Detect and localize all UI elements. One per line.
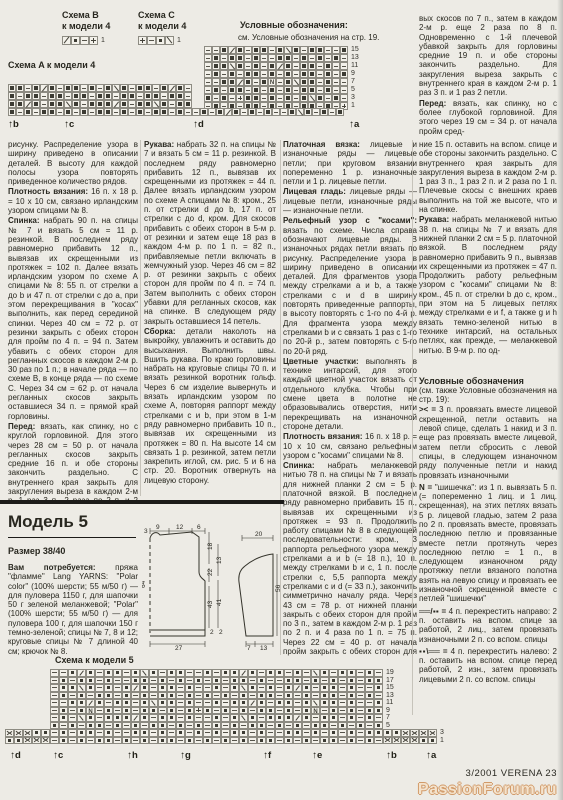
knit-cell bbox=[320, 669, 329, 677]
knit-cell bbox=[347, 714, 356, 722]
knit-cell bbox=[324, 46, 332, 54]
knit-cell bbox=[185, 737, 194, 745]
knit-cell bbox=[96, 100, 104, 108]
knit-cell bbox=[86, 669, 95, 677]
knit-cell bbox=[252, 70, 260, 78]
knit-cell bbox=[168, 108, 176, 116]
knit-cell bbox=[144, 84, 152, 92]
knit-cell bbox=[338, 729, 347, 737]
knit-cell bbox=[356, 677, 365, 685]
knit-cell bbox=[147, 36, 156, 45]
knit-cell bbox=[32, 737, 41, 745]
knit-cell bbox=[230, 677, 239, 685]
knit-cell bbox=[176, 737, 185, 745]
knit-cell bbox=[320, 684, 329, 692]
knit-cell bbox=[136, 108, 144, 116]
paragraph: Спинка: набрать 90 п. на спицы № 7 и вяз… bbox=[8, 216, 138, 421]
knit-cell bbox=[275, 669, 284, 677]
knit-cell bbox=[185, 692, 194, 700]
knit-cell bbox=[221, 722, 230, 730]
knit-cell bbox=[329, 707, 338, 715]
model5-size: Размер 38/40 bbox=[8, 546, 138, 556]
knit-cell bbox=[239, 707, 248, 715]
knit-cell bbox=[158, 692, 167, 700]
knit-cell bbox=[221, 677, 230, 685]
knit-cell bbox=[86, 737, 95, 745]
knit-cell bbox=[332, 94, 340, 102]
knit-cell bbox=[16, 108, 24, 116]
knit-cell bbox=[167, 677, 176, 685]
knit-cell bbox=[140, 692, 149, 700]
knit-cell bbox=[41, 729, 50, 737]
knit-cell bbox=[320, 677, 329, 685]
knit-cell bbox=[131, 707, 140, 715]
knit-cell bbox=[167, 669, 176, 677]
knit-cell bbox=[228, 46, 236, 54]
knit-cell bbox=[122, 737, 131, 745]
up-arrow-icon: ↑ bbox=[10, 750, 15, 761]
knit-cell bbox=[300, 46, 308, 54]
knit-cell bbox=[59, 729, 68, 737]
knit-cell bbox=[212, 729, 221, 737]
knit-cell bbox=[212, 677, 221, 685]
knit-cell bbox=[308, 78, 316, 86]
knit-cell bbox=[239, 684, 248, 692]
knit-cell bbox=[203, 684, 212, 692]
knit-cell bbox=[77, 699, 86, 707]
chart-arrow-f: ↑f bbox=[263, 750, 271, 761]
knit-cell bbox=[131, 692, 140, 700]
knit-cell bbox=[50, 684, 59, 692]
knit-cell bbox=[62, 36, 71, 45]
knit-cell bbox=[236, 94, 244, 102]
knit-cell bbox=[268, 62, 276, 70]
knit-cell bbox=[293, 722, 302, 730]
paragraph: Цветные участки: выполнять в технике инт… bbox=[283, 357, 417, 431]
knit-cell bbox=[300, 70, 308, 78]
knit-cell bbox=[56, 84, 64, 92]
knit-cell bbox=[230, 669, 239, 677]
row-number-label: 7 bbox=[351, 78, 355, 86]
knit-cell bbox=[32, 84, 40, 92]
knit-cell bbox=[257, 714, 266, 722]
knit-cell bbox=[228, 86, 236, 94]
knit-cell bbox=[276, 78, 284, 86]
knit-cell bbox=[185, 722, 194, 730]
knit-cell bbox=[149, 699, 158, 707]
scheme-c-title-line2: к модели 4 bbox=[138, 21, 186, 32]
knit-cell bbox=[275, 737, 284, 745]
knit-cell bbox=[244, 62, 252, 70]
row-number-label: 19 bbox=[386, 669, 394, 677]
row-number-label: 7 bbox=[386, 714, 390, 722]
knit-cell bbox=[113, 707, 122, 715]
knit-cell bbox=[72, 100, 80, 108]
row-number-label: 13 bbox=[351, 54, 359, 62]
knit-cell bbox=[185, 669, 194, 677]
knit-cell bbox=[266, 707, 275, 715]
chart-row: 9 bbox=[204, 70, 359, 78]
knit-cell bbox=[392, 737, 401, 745]
knit-cell bbox=[152, 108, 160, 116]
measurement-label: 2 bbox=[219, 629, 223, 636]
paragraph: Спинка: набрать меланжевой нитью 78 п. н… bbox=[283, 461, 417, 658]
paragraph: Сборка: детали наколоть на выкройку, увл… bbox=[144, 327, 276, 485]
chart-legend-model4: 15131197531 bbox=[204, 46, 359, 110]
knit-cell bbox=[248, 699, 257, 707]
knit-cell bbox=[59, 684, 68, 692]
knit-cell bbox=[332, 78, 340, 86]
knit-cell bbox=[86, 729, 95, 737]
chart-arrow-a: ↑a bbox=[349, 119, 359, 130]
knit-cell bbox=[300, 78, 308, 86]
knit-cell bbox=[77, 677, 86, 685]
knit-cell bbox=[8, 100, 16, 108]
knit-cell bbox=[365, 737, 374, 745]
knit-cell bbox=[194, 714, 203, 722]
knit-cell bbox=[374, 714, 383, 722]
knit-cell bbox=[356, 714, 365, 722]
knit-cell bbox=[160, 108, 168, 116]
knit-cell bbox=[212, 692, 221, 700]
chart-row: 15 bbox=[204, 46, 359, 54]
knit-cell bbox=[338, 699, 347, 707]
knit-cell bbox=[260, 86, 268, 94]
knit-cell bbox=[311, 699, 320, 707]
knit-cell bbox=[220, 62, 228, 70]
legend-header-title: Условные обозначения: bbox=[240, 20, 348, 30]
knit-cell bbox=[165, 36, 174, 45]
knit-cell bbox=[292, 54, 300, 62]
knit-cell bbox=[104, 692, 113, 700]
knit-cell bbox=[316, 94, 324, 102]
knit-cell bbox=[220, 94, 228, 102]
scheme-b-title: Схема B к модели 4 bbox=[62, 10, 110, 31]
knit-cell bbox=[257, 692, 266, 700]
knit-cell bbox=[96, 84, 104, 92]
legend-model5-subtitle: (см. также Условные обозначения на стр. … bbox=[419, 386, 557, 405]
knit-cell bbox=[419, 729, 428, 737]
knit-cell bbox=[340, 62, 348, 70]
knit-cell bbox=[329, 722, 338, 730]
knit-cell bbox=[8, 108, 16, 116]
knit-cell bbox=[230, 692, 239, 700]
knit-cell bbox=[365, 722, 374, 730]
chart-row: 7 bbox=[5, 714, 444, 722]
knit-cell bbox=[292, 62, 300, 70]
knit-cell bbox=[308, 70, 316, 78]
knit-cell bbox=[122, 677, 131, 685]
knit-cell bbox=[284, 737, 293, 745]
knit-cell bbox=[112, 84, 120, 92]
knit-cell bbox=[176, 100, 184, 108]
chart-row bbox=[8, 100, 192, 108]
knit-cell bbox=[128, 100, 136, 108]
knit-cell bbox=[212, 86, 220, 94]
knit-cell bbox=[293, 737, 302, 745]
knit-cell bbox=[149, 684, 158, 692]
knit-cell bbox=[374, 722, 383, 730]
knit-cell bbox=[340, 70, 348, 78]
knit-cell bbox=[212, 62, 220, 70]
knit-cell bbox=[230, 729, 239, 737]
knit-cell bbox=[347, 684, 356, 692]
knit-cell bbox=[328, 108, 336, 116]
knit-cell bbox=[308, 62, 316, 70]
knit-cell bbox=[95, 729, 104, 737]
knit-cell bbox=[131, 737, 140, 745]
knit-cell bbox=[248, 714, 257, 722]
measurement-label: 64 bbox=[142, 580, 147, 588]
knit-cell bbox=[221, 669, 230, 677]
knit-cell bbox=[131, 684, 140, 692]
knit-cell bbox=[203, 699, 212, 707]
knit-cell bbox=[288, 108, 296, 116]
knit-cell bbox=[347, 707, 356, 715]
knit-cell bbox=[167, 707, 176, 715]
knit-cell bbox=[144, 92, 152, 100]
knit-cell bbox=[302, 699, 311, 707]
knit-cell bbox=[56, 108, 64, 116]
knit-cell bbox=[194, 677, 203, 685]
knit-cell bbox=[64, 108, 72, 116]
knit-cell bbox=[284, 699, 293, 707]
knit-cell bbox=[113, 722, 122, 730]
knit-cell bbox=[203, 677, 212, 685]
row-number-label: 3 bbox=[351, 94, 355, 102]
knit-cell bbox=[185, 714, 194, 722]
knit-cell bbox=[112, 100, 120, 108]
knit-cell bbox=[224, 108, 232, 116]
knit-cell bbox=[136, 100, 144, 108]
knit-cell bbox=[356, 722, 365, 730]
knit-cell bbox=[266, 722, 275, 730]
knit-cell bbox=[59, 677, 68, 685]
knit-cell bbox=[356, 699, 365, 707]
knit-cell bbox=[59, 699, 68, 707]
knit-cell bbox=[168, 84, 176, 92]
knit-cell bbox=[160, 92, 168, 100]
measurement-label: 12 bbox=[176, 524, 184, 531]
knit-cell bbox=[167, 692, 176, 700]
section-divider-bar bbox=[0, 500, 284, 504]
knit-cell bbox=[365, 669, 374, 677]
scheme-a-title: Схема A к модели 4 bbox=[8, 60, 95, 71]
knit-cell bbox=[149, 729, 158, 737]
knit-cell bbox=[221, 684, 230, 692]
knit-cell bbox=[77, 729, 86, 737]
knit-cell bbox=[86, 699, 95, 707]
knit-cell bbox=[16, 92, 24, 100]
chart-arrow-h: ↑h bbox=[127, 750, 138, 761]
knit-cell bbox=[50, 737, 59, 745]
knit-cell bbox=[158, 699, 167, 707]
knit-cell bbox=[112, 108, 120, 116]
row-number-label: 5 bbox=[386, 722, 390, 730]
knit-cell bbox=[131, 714, 140, 722]
knit-cell bbox=[48, 92, 56, 100]
knit-cell bbox=[284, 54, 292, 62]
knit-cell bbox=[347, 729, 356, 737]
knit-cell bbox=[244, 78, 252, 86]
knit-cell bbox=[221, 699, 230, 707]
knit-cell bbox=[32, 100, 40, 108]
knit-cell bbox=[308, 94, 316, 102]
knit-cell bbox=[24, 92, 32, 100]
knit-cell bbox=[131, 699, 140, 707]
knit-cell bbox=[239, 669, 248, 677]
knit-cell bbox=[104, 729, 113, 737]
knit-cell bbox=[275, 692, 284, 700]
knit-cell bbox=[284, 692, 293, 700]
knit-cell bbox=[185, 707, 194, 715]
knit-cell bbox=[176, 92, 184, 100]
measurement-label: 18 bbox=[207, 542, 214, 550]
knit-cell bbox=[293, 684, 302, 692]
knit-cell bbox=[338, 684, 347, 692]
knit-cell bbox=[113, 677, 122, 685]
knit-cell bbox=[302, 722, 311, 730]
up-arrow-icon: ↑ bbox=[180, 750, 185, 761]
knit-cell bbox=[383, 737, 392, 745]
knit-cell bbox=[80, 92, 88, 100]
knit-cell bbox=[374, 707, 383, 715]
legend-symbol: N = bbox=[419, 483, 435, 492]
knit-cell bbox=[401, 729, 410, 737]
knit-cell bbox=[284, 78, 292, 86]
knit-cell bbox=[194, 684, 203, 692]
knit-cell bbox=[374, 729, 383, 737]
knit-cell bbox=[122, 699, 131, 707]
knit-cell bbox=[292, 46, 300, 54]
knit-cell bbox=[239, 714, 248, 722]
knit-cell bbox=[203, 692, 212, 700]
knit-cell bbox=[304, 108, 312, 116]
knit-cell bbox=[216, 108, 224, 116]
knit-cell bbox=[158, 684, 167, 692]
knit-cell bbox=[184, 100, 192, 108]
knit-cell bbox=[257, 737, 266, 745]
knit-cell bbox=[338, 722, 347, 730]
row-number-label: 15 bbox=[351, 46, 359, 54]
knit-cell bbox=[221, 692, 230, 700]
knit-cell bbox=[80, 36, 89, 45]
legend-header-subtitle: см. Условные обозначения на стр. 19. bbox=[238, 33, 379, 42]
knit-cell bbox=[221, 737, 230, 745]
knit-cell bbox=[140, 722, 149, 730]
knit-cell bbox=[176, 699, 185, 707]
knit-cell bbox=[122, 707, 131, 715]
knit-cell bbox=[176, 729, 185, 737]
knit-cell bbox=[332, 62, 340, 70]
knit-cell bbox=[275, 699, 284, 707]
knit-cell bbox=[112, 92, 120, 100]
knit-cell bbox=[104, 699, 113, 707]
knit-cell bbox=[365, 707, 374, 715]
knit-cell bbox=[113, 669, 122, 677]
legend-item: >< = 3 п. провязать вместе лицевой скрещ… bbox=[419, 405, 557, 479]
legend-model5-subtitle-wrap: (см. также Условные обозначения на стр. … bbox=[419, 386, 557, 406]
knit-cell bbox=[311, 707, 320, 715]
paragraph: ние 15 п. оставить на вспом. спице и обе… bbox=[419, 140, 557, 214]
knit-cell bbox=[59, 737, 68, 745]
knit-cell bbox=[64, 92, 72, 100]
legend-model5-items: >< = 3 п. провязать вместе лицевой скрещ… bbox=[419, 405, 557, 687]
knit-cell bbox=[236, 46, 244, 54]
knit-cell bbox=[95, 707, 104, 715]
knit-cell bbox=[329, 714, 338, 722]
knit-cell bbox=[204, 70, 212, 78]
knit-cell bbox=[212, 722, 221, 730]
knit-cell bbox=[192, 108, 200, 116]
knit-cell bbox=[302, 692, 311, 700]
knit-cell bbox=[212, 70, 220, 78]
knit-cell bbox=[239, 722, 248, 730]
chart-scheme-c: 1 bbox=[138, 36, 174, 45]
knit-cell bbox=[383, 729, 392, 737]
knit-cell bbox=[260, 54, 268, 62]
knit-cell bbox=[293, 669, 302, 677]
knit-cell bbox=[24, 100, 32, 108]
knit-cell bbox=[72, 108, 80, 116]
knit-cell bbox=[16, 100, 24, 108]
knit-cell bbox=[268, 94, 276, 102]
model5-title: Модель 5 bbox=[8, 512, 136, 538]
knit-cell bbox=[77, 707, 86, 715]
knit-cell bbox=[77, 669, 86, 677]
knit-cell bbox=[14, 737, 23, 745]
knit-cell bbox=[24, 84, 32, 92]
knit-cell bbox=[230, 722, 239, 730]
chart-row: 17 bbox=[5, 677, 444, 685]
knit-cell bbox=[50, 714, 59, 722]
row-number-label: 9 bbox=[351, 70, 355, 78]
chart-arrow-c: ↑c bbox=[53, 750, 63, 761]
knit-cell bbox=[86, 677, 95, 685]
knit-cell bbox=[260, 62, 268, 70]
knit-cell bbox=[5, 737, 14, 745]
knit-cell bbox=[324, 54, 332, 62]
knit-cell bbox=[329, 669, 338, 677]
knit-cell bbox=[292, 86, 300, 94]
knit-cell bbox=[50, 692, 59, 700]
knit-cell bbox=[228, 70, 236, 78]
knit-cell bbox=[104, 677, 113, 685]
knit-cell bbox=[167, 737, 176, 745]
knit-cell bbox=[248, 669, 257, 677]
knit-cell bbox=[194, 692, 203, 700]
knit-cell bbox=[232, 108, 240, 116]
paragraph: Вам потребуется: пряжа "фламме" Lang YAR… bbox=[8, 563, 138, 655]
knit-cell bbox=[168, 92, 176, 100]
knit-cell bbox=[16, 84, 24, 92]
knit-cell bbox=[324, 78, 332, 86]
knit-cell bbox=[140, 677, 149, 685]
paragraph: вых скосов по 7 п., затем в каждом 2-м р… bbox=[419, 14, 557, 98]
chart-row: 13 bbox=[204, 54, 359, 62]
knit-cell bbox=[284, 677, 293, 685]
knit-cell bbox=[347, 669, 356, 677]
row-number-label: 13 bbox=[386, 692, 394, 700]
knit-cell bbox=[200, 108, 208, 116]
knit-cell bbox=[268, 46, 276, 54]
knit-cell bbox=[158, 677, 167, 685]
knit-cell bbox=[194, 707, 203, 715]
knit-cell bbox=[14, 729, 23, 737]
knit-cell bbox=[86, 722, 95, 730]
schematic-svg: 9126364271822432134122056713 bbox=[142, 524, 282, 654]
knit-cell bbox=[185, 684, 194, 692]
